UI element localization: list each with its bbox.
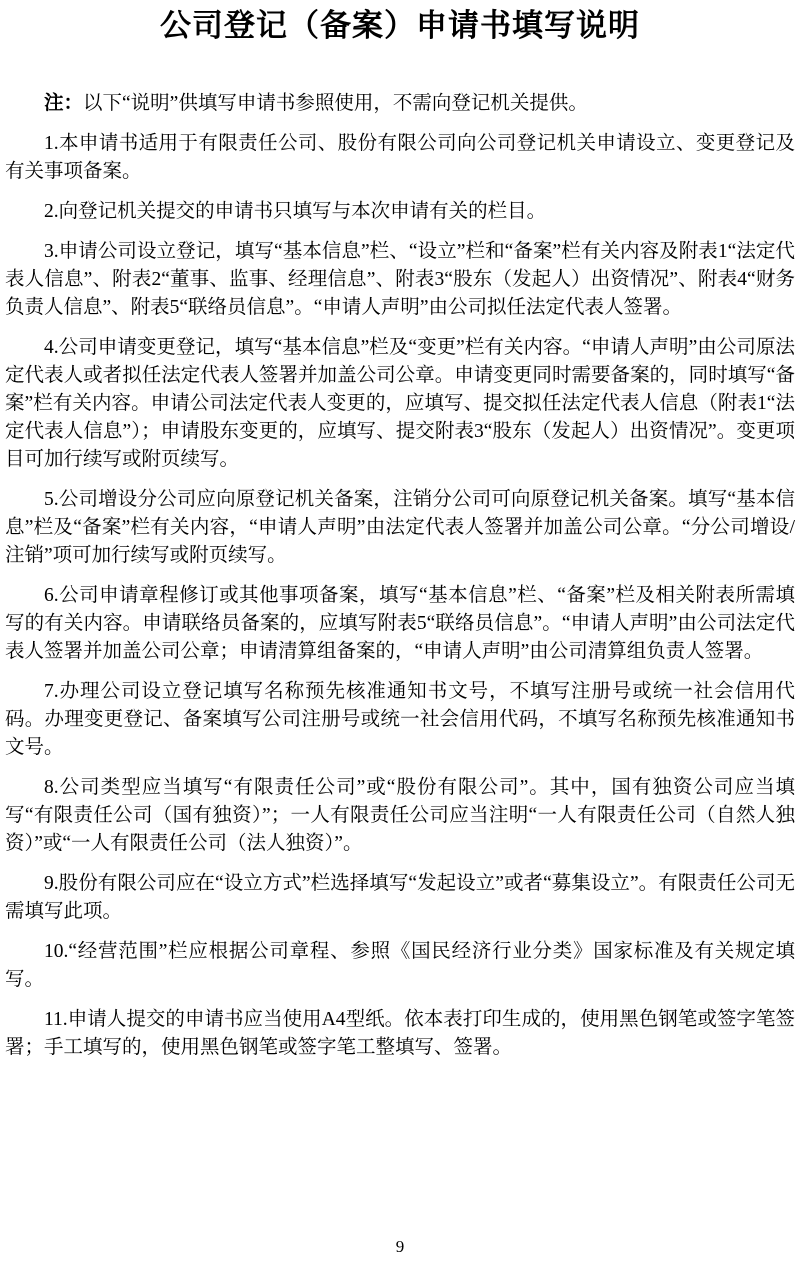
- note-paragraph: 注：以下“说明”供填写申请书参照使用，不需向登记机关提供。: [5, 90, 795, 118]
- paragraph-4: 4.公司申请变更登记，填写“基本信息”栏及“变更”栏有关内容。“申请人声明”由公…: [5, 334, 795, 474]
- paragraph-1: 1.本申请书适用于有限责任公司、股份有限公司向公司登记机关申请设立、变更登记及有…: [5, 130, 795, 186]
- paragraph-9: 9.股份有限公司应在“设立方式”栏选择填写“发起设立”或者“募集设立”。有限责任…: [5, 870, 795, 926]
- document-body: 注：以下“说明”供填写申请书参照使用，不需向登记机关提供。 1.本申请书适用于有…: [5, 90, 795, 1062]
- paragraph-8: 8.公司类型应当填写“有限责任公司”或“股份有限公司”。其中，国有独资公司应当填…: [5, 774, 795, 858]
- paragraph-7: 7.办理公司设立登记填写名称预先核准通知书文号，不填写注册号或统一社会信用代码。…: [5, 678, 795, 762]
- note-text: 以下“说明”供填写申请书参照使用，不需向登记机关提供。: [83, 93, 588, 114]
- note-label: 注：: [44, 93, 83, 114]
- page-title: 公司登记（备案）申请书填写说明: [5, 6, 795, 46]
- page-number: 9: [0, 1236, 800, 1258]
- paragraph-10: 10.“经营范围”栏应根据公司章程、参照《国民经济行业分类》国家标准及有关规定填…: [5, 938, 795, 994]
- paragraph-5: 5.公司增设分公司应向原登记机关备案，注销分公司可向原登记机关备案。填写“基本信…: [5, 486, 795, 570]
- paragraph-2: 2.向登记机关提交的申请书只填写与本次申请有关的栏目。: [5, 198, 795, 226]
- paragraph-6: 6.公司申请章程修订或其他事项备案，填写“基本信息”栏、“备案”栏及相关附表所需…: [5, 582, 795, 666]
- paragraph-11: 11.申请人提交的申请书应当使用A4型纸。依本表打印生成的，使用黑色钢笔或签字笔…: [5, 1006, 795, 1062]
- paragraph-3: 3.申请公司设立登记，填写“基本信息”栏、“设立”栏和“备案”栏有关内容及附表1…: [5, 238, 795, 322]
- document-page: 公司登记（备案）申请书填写说明 注：以下“说明”供填写申请书参照使用，不需向登记…: [0, 0, 800, 1270]
